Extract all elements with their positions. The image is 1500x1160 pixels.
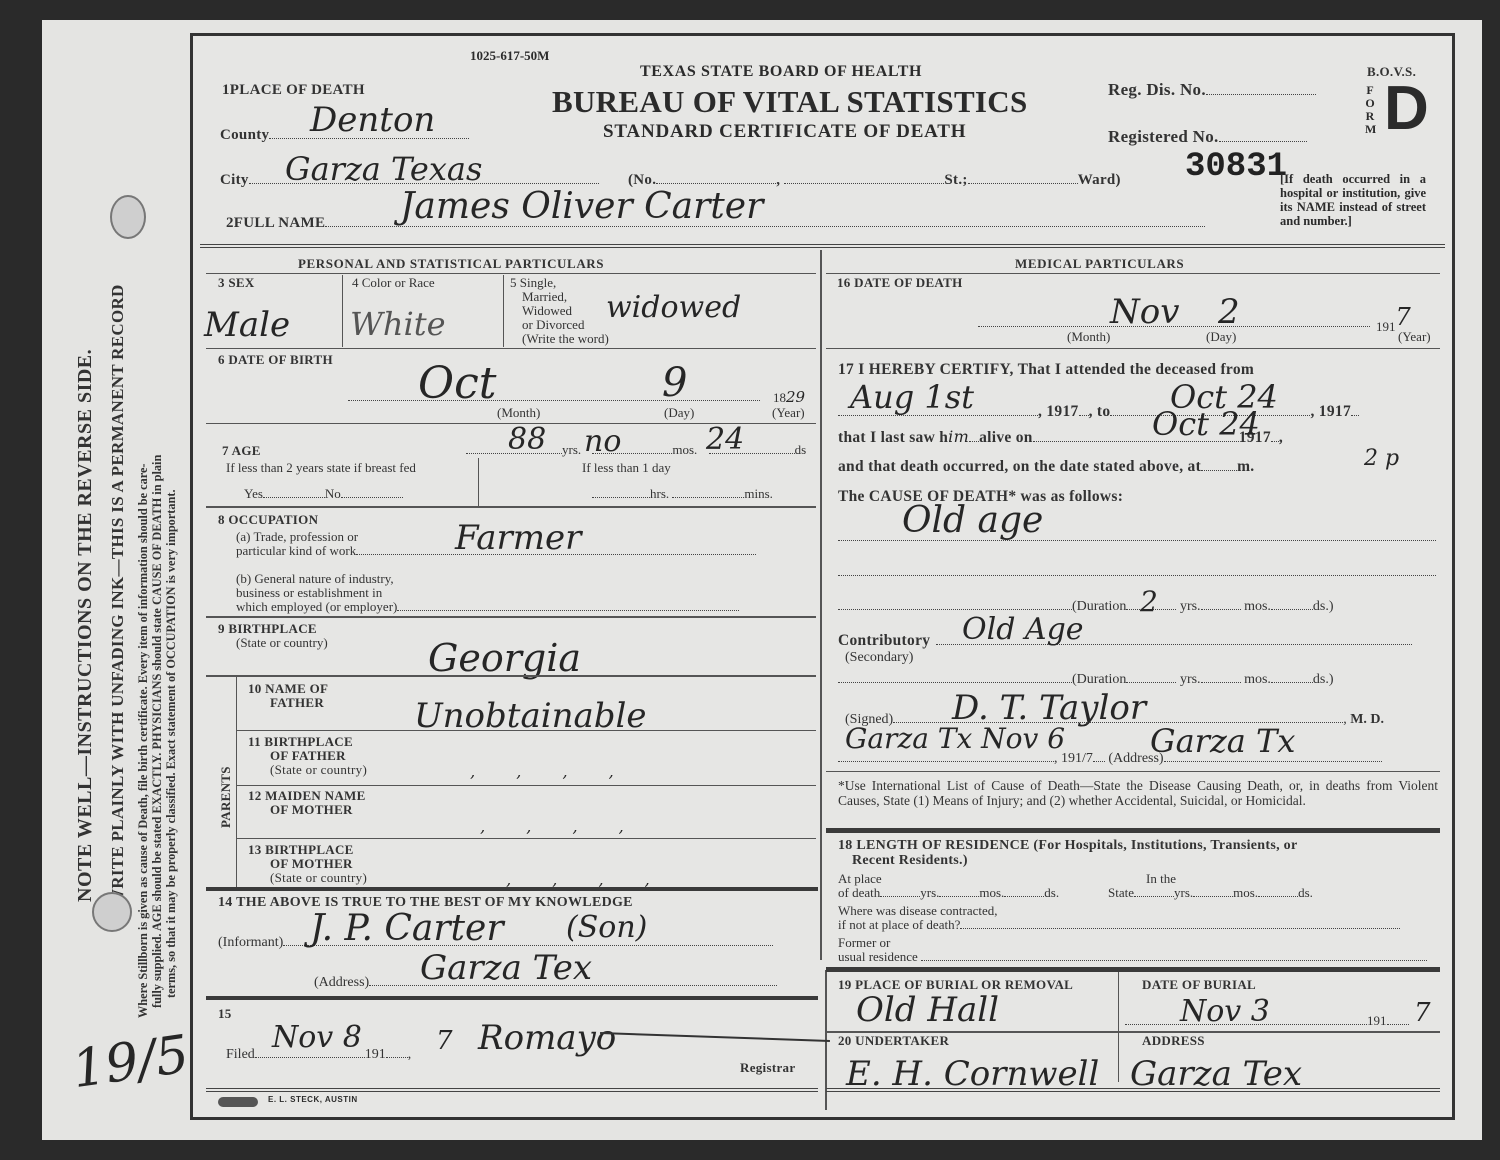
county-value[interactable]: Denton [310,100,435,140]
instruction-line-2: fully supplied. AGE should be stated EXA… [150,455,165,1008]
attended-from[interactable]: Aug 1st [850,378,974,416]
rule [236,677,237,887]
write-plainly-text: WRITE PLAINLY WITH UNFADING INK—THIS IS … [108,284,128,906]
dob-day[interactable]: 9 [662,360,687,406]
undertaker-address-label: ADDRESS [1142,1033,1205,1049]
section-divider [206,887,818,891]
dod-day-caption: (Day) [1206,330,1236,344]
father-birthplace-label: 11 BIRTHPLACEOF FATHER(State or country) [248,735,367,777]
rule [206,675,816,677]
occupation-value[interactable]: Farmer [455,518,581,558]
cause-value[interactable]: Old age [902,500,1043,541]
occupation-label: 8 OCCUPATION [218,512,318,528]
physician-address[interactable]: Garza Tx [1150,722,1295,760]
occupation-b-label: (b) General nature of industry,business … [236,572,739,614]
mother-name-value[interactable]: ‚ ‚ ‚ ‚ [480,817,642,836]
rule [1118,972,1119,1082]
registered-number: 30831 [1185,148,1287,186]
full-name-value[interactable]: James Oliver Carter [400,186,763,227]
mother-birthplace-label: 13 BIRTHPLACEOF MOTHER(State or country) [248,843,367,885]
section-divider [206,996,818,1000]
form-word: FORM [1365,84,1379,136]
year-caption: (Year) [772,406,805,420]
rule [237,838,816,839]
race-label: 4 Color or Race [352,276,435,290]
registrar-signature[interactable]: Romayo [478,1018,616,1058]
father-name-label: 10 NAME OFFATHER [248,682,328,710]
certificate-title: STANDARD CERTIFICATE OF DEATH [603,121,966,143]
marital-value[interactable]: widowed [606,290,741,325]
dob-label: 6 DATE OF BIRTH [218,352,333,368]
informant-name[interactable]: J. P. Carter [310,908,504,949]
marital-label: 5 Single, Married, Widowed or Divorced (… [510,276,609,346]
dob-line [348,400,760,401]
certify-text: 17 I HEREBY CERTIFY, That I attended the… [838,361,1254,379]
contributory-value[interactable]: Old Age [962,612,1084,647]
signed-date[interactable]: Garza Tx Nov 6 [845,722,1065,755]
age-months[interactable]: no [584,424,621,459]
sex-value[interactable]: Male [204,305,290,345]
punch-hole-bottom [92,892,132,932]
parents-label: PARENTS [218,766,234,828]
burial-date-value[interactable]: Nov 3 [1180,994,1270,1029]
instruction-line-3: terms, so that it may be properly classi… [164,489,179,998]
race-value[interactable]: White [350,305,446,343]
filed-date[interactable]: Nov 8 [272,1020,362,1055]
rule [206,506,816,508]
dob-month[interactable]: Oct [418,358,496,409]
footer-divider [206,1088,818,1092]
cause-line-2 [838,575,1436,576]
duration-line: (Duration yrs. mos.ds.) [838,600,1334,614]
residence-at-place: At placeof deathyrs.mos.ds. [838,872,1059,900]
place-of-death-label: 1PLACE OF DEATH [222,82,365,99]
dod-day[interactable]: 2 [1218,292,1240,332]
registered-label: Registered No. [1108,127,1307,147]
header-divider [200,244,1445,248]
age-years[interactable]: 88 [508,422,546,457]
column-divider [820,250,822,960]
city-value[interactable]: Garza Texas [285,150,482,188]
form-letter: D [1384,78,1429,140]
disease-contracted: Where was disease contracted,if not at p… [838,904,1400,932]
section-divider [826,828,1440,833]
registrar-label: Registrar [740,1060,795,1076]
informant-relation[interactable]: (Son) [566,910,647,945]
cause-footnote: *Use International List of Cause of Deat… [838,779,1438,808]
sex-label: 3 SEX [218,275,255,291]
dob-year[interactable]: 1829 [773,390,805,405]
less-day-fields: hrs. mins. [592,487,773,501]
rule [237,785,816,786]
union-label-icon [218,1097,258,1107]
dod-label: 16 DATE OF DEATH [837,275,963,291]
month-caption: (Month) [497,406,540,420]
age-days[interactable]: 24 [706,422,744,457]
filing-number: 15 [218,1006,232,1022]
death-time[interactable]: 2 p [1364,446,1399,471]
birthplace-sub: (State or country) [236,636,328,650]
less-day-label: If less than 1 day [582,461,671,475]
former-residence: Former orusual residence [838,936,1427,964]
rule [478,458,479,506]
footer-divider [826,1088,1440,1092]
death-time-line: and that death occurred, on the date sta… [838,458,1254,476]
hospital-note: [If death occurred in a hospital or inst… [1280,172,1426,228]
birthplace-value[interactable]: Georgia [428,636,581,680]
rule [826,771,1440,772]
section-divider [826,967,1440,972]
rule [206,348,816,349]
residence-heading: 18 LENGTH OF RESIDENCE (For Hospitals, I… [838,838,1297,868]
burial-place-value[interactable]: Old Hall [856,990,999,1030]
breast-fed-fields: YesNo [244,487,403,501]
personal-heading: PERSONAL AND STATISTICAL PARTICULARS [298,256,604,272]
contributory-label: Contributory [838,632,1412,650]
duration-years[interactable]: 2 [1140,585,1158,618]
rule [826,273,1440,274]
reg-dis-label: Reg. Dis. No. [1108,80,1316,100]
secondary-label: (Secondary) [845,651,913,665]
informant-address[interactable]: Garza Tex [420,948,592,988]
board-title: TEXAS STATE BOARD OF HEALTH [640,63,922,81]
rule [206,616,816,618]
dod-month[interactable]: Nov [1110,292,1179,332]
day-caption: (Day) [664,406,694,420]
bureau-title: BUREAU OF VITAL STATISTICS [552,84,1028,120]
duration-line-2: (Duration yrs. mos.ds.) [838,673,1334,687]
rule [237,730,816,731]
note-well-text: NOTE WELL—INSTRUCTIONS ON THE REVERSE SI… [74,349,97,902]
father-birthplace-value[interactable]: ‚ ‚ ‚ ‚ [470,762,632,781]
mother-name-label: 12 MAIDEN NAMEOF MOTHER [248,789,366,817]
age-label: 7 AGE [222,443,261,459]
rule [826,348,1440,349]
punch-hole-top [110,195,146,239]
printer-credit: E. L. STECK, AUSTIN [268,1095,358,1104]
dod-month-caption: (Month) [1067,330,1110,344]
instruction-line-1: Where Stillborn is given as cause of Dea… [136,463,151,1018]
burial-date-label: DATE OF BURIAL [1142,977,1256,993]
breast-fed-label: If less than 2 years state if breast fed [226,461,416,475]
last-saw-date[interactable]: Oct 24 [1152,405,1260,443]
medical-heading: MEDICAL PARTICULARS [1015,256,1184,272]
burial-year-value[interactable]: 7 [1414,998,1431,1028]
rule [503,275,504,347]
residence-in-state: In theStateyrs.mos.ds. [1108,872,1313,900]
rule [342,275,343,347]
dod-year-caption: (Year) [1398,330,1431,344]
rule [206,273,816,274]
print-code: 1025-617-50M [470,48,549,64]
undertaker-label: 20 UNDERTAKER [838,1033,949,1049]
filed-year[interactable]: 7 [436,1026,453,1056]
